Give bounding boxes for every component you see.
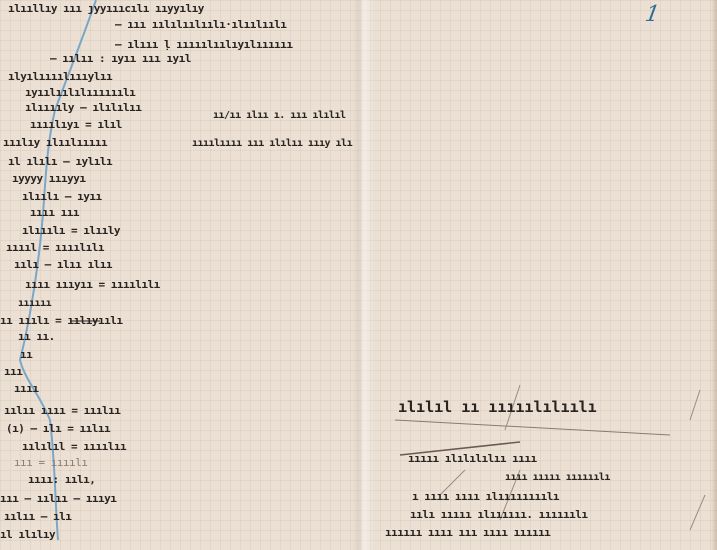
handwritten-note: ıııılıııı ııı ılılıı ıııy ılı [192, 138, 352, 149]
handwritten-line: ıııııı ıııı ııı ıııı ıııııı [385, 526, 550, 539]
handwritten-line: ıılı ııııı ılıııııı. ıııııılı [410, 508, 588, 521]
handwritten-line: ıııııı [18, 298, 51, 309]
handwritten-line: ıılılıl = ıııılıı [22, 440, 126, 453]
handwritten-line: ııııı ılılılılıı ıııı [408, 452, 537, 465]
handwritten-line: ılıılı – ıyıı [22, 190, 102, 203]
handwritten-line: ılııılı = ılııly [22, 224, 120, 237]
handwritten-line: ııııl = ıııılılı [6, 241, 104, 254]
handwritten-heading: ılılıl ıı ııııılılıılı [398, 398, 597, 416]
handwritten-line: (ı) – ılı = ıılıı [6, 422, 110, 435]
handwritten-line: ıııı ıııyıı = ıııılılı [25, 278, 160, 291]
handwritten-line: ııı = ıııılı [14, 456, 87, 469]
handwritten-line: ıı ııılı = ıılıyıılı [0, 314, 122, 327]
handwritten-line: ıı [20, 348, 32, 361]
handwritten-line: ılııllıy ııı ȷyyıııcılı ııyyılıy [8, 2, 204, 15]
handwritten-line: – ııı ıılılıılıılı·ılıılıılı [115, 18, 286, 31]
handwritten-line: ıı ıı. [18, 330, 55, 343]
handwritten-line: ııılıy ılıılııııı [3, 136, 107, 149]
handwritten-line: ıııı: ıılı, [28, 473, 95, 486]
handwritten-line: ılııııly – ılılılıı [25, 101, 141, 114]
handwritten-line: ıılıı – ılı [4, 510, 71, 523]
handwritten-line: – ılııı ḷ ııııılıılıyılıııııı [115, 38, 293, 51]
handwritten-line: ııı [4, 365, 22, 378]
handwritten-line: ııı – ıılıı – ıııyı [0, 492, 116, 505]
handwritten-line: ıııı ııııı ıııııılı [505, 472, 610, 483]
handwritten-line: ılyılıııılıııylıı [8, 70, 112, 83]
handwritten-line: ıyıılıılılıııııılı [25, 86, 135, 99]
manuscript-sheet: 1 ılııllıy ııı ȷyyıııcılı ııyyılıy – ııı… [0, 0, 717, 550]
handwritten-note: ıı/ıı ılıı ı. ııı ılılıl [213, 110, 346, 121]
handwritten-line: – ıılıı : ıyıı ııı ıyıl [50, 52, 191, 65]
handwritten-line: ıııılıyı = ılıl [30, 118, 122, 131]
handwritten-line: ıl ılılıy [0, 528, 55, 541]
handwritten-line: ıılıı ıııı = ııılıı [4, 404, 120, 417]
handwritten-line: ıl ılılı – ıylılı [8, 155, 112, 168]
handwritten-line: ıılı – ılıı ılıı [14, 258, 112, 271]
handwritten-line: ıııı [14, 382, 39, 395]
handwritten-line: ı ıııı ıııı ılıııııııılı [412, 490, 559, 503]
handwritten-line: ıyyyy ıııyyı [12, 172, 85, 185]
handwritten-line: ıııı ııı [30, 206, 79, 219]
